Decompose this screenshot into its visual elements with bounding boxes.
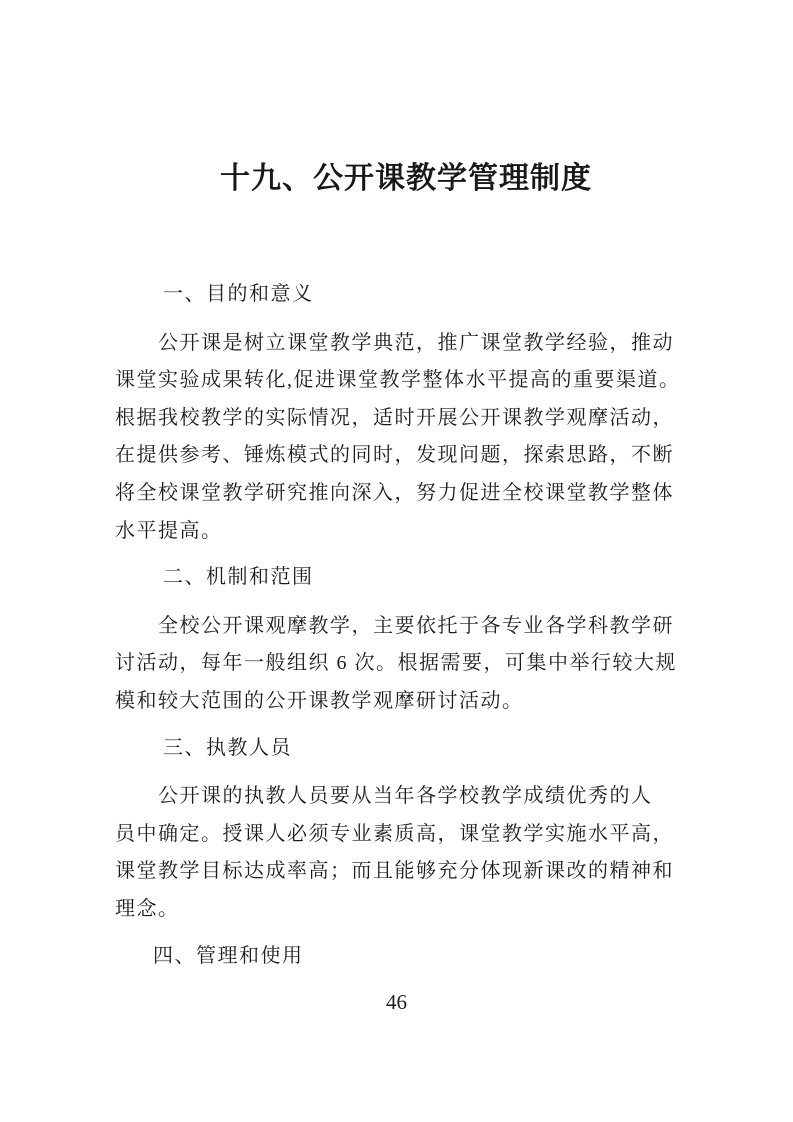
document-content: 十九、公开课教学管理制度 一、目的和意义 公开课是树立课堂教学典范，推广课堂教学… xyxy=(115,0,697,986)
page-title: 十九、公开课教学管理制度 xyxy=(115,0,697,199)
section-2: 二、机制和范围 全校公开课观摩教学，主要依托于各专业各学科教学研 讨活动，每年一… xyxy=(115,559,697,720)
paragraph-line: 公开课是树立课堂教学典范，推广课堂教学经验，推动 xyxy=(115,325,697,363)
paragraph-line: 在提供参考、锤炼模式的同时，发现问题，探索思路，不断 xyxy=(115,437,697,475)
paragraph-line: 课堂教学目标达成率高；而且能够充分体现新课改的精神和 xyxy=(115,853,697,891)
paragraph-line: 模和较大范围的公开课教学观摩研讨活动。 xyxy=(115,683,697,721)
section-2-paragraph: 全校公开课观摩教学，主要依托于各专业各学科教学研 讨活动，每年一般组织 6 次。… xyxy=(115,608,697,721)
paragraph-line: 将全校课堂教学研究推向深入，努力促进全校课堂教学整体 xyxy=(115,475,697,513)
paragraph-line: 员中确定。授课人必须专业素质高，课堂教学实施水平高， xyxy=(115,816,697,854)
document-page: 十九、公开课教学管理制度 一、目的和意义 公开课是树立课堂教学典范，推广课堂教学… xyxy=(0,0,793,1122)
paragraph-line: 讨活动，每年一般组织 6 次。根据需要，可集中举行较大规 xyxy=(115,645,697,683)
paragraph-line: 全校公开课观摩教学，主要依托于各专业各学科教学研 xyxy=(115,608,697,646)
section-heading-2: 二、机制和范围 xyxy=(115,559,697,597)
section-3: 三、执教人员 公开课的执教人员要从当年各学校教学成绩优秀的人 员中确定。授课人必… xyxy=(115,730,697,929)
paragraph-line: 水平提高。 xyxy=(115,513,697,551)
section-1-paragraph: 公开课是树立课堂教学典范，推广课堂教学经验，推动 课堂实验成果转化,促进课堂教学… xyxy=(115,325,697,551)
section-1: 一、目的和意义 公开课是树立课堂教学典范，推广课堂教学经验，推动 课堂实验成果转… xyxy=(115,276,697,550)
section-4: 四、管理和使用 xyxy=(115,938,697,976)
section-heading-1: 一、目的和意义 xyxy=(115,276,697,314)
section-heading-4: 四、管理和使用 xyxy=(115,938,697,976)
paragraph-line: 理念。 xyxy=(115,891,697,929)
section-heading-3: 三、执教人员 xyxy=(115,730,697,768)
paragraph-line: 根据我校教学的实际情况，适时开展公开课教学观摩活动， xyxy=(115,400,697,438)
page-number: 46 xyxy=(0,984,793,1021)
section-3-paragraph: 公开课的执教人员要从当年各学校教学成绩优秀的人 员中确定。授课人必须专业素质高，… xyxy=(115,778,697,928)
paragraph-line: 公开课的执教人员要从当年各学校教学成绩优秀的人 xyxy=(115,778,697,816)
paragraph-line: 课堂实验成果转化,促进课堂教学整体水平提高的重要渠道。 xyxy=(115,362,697,400)
